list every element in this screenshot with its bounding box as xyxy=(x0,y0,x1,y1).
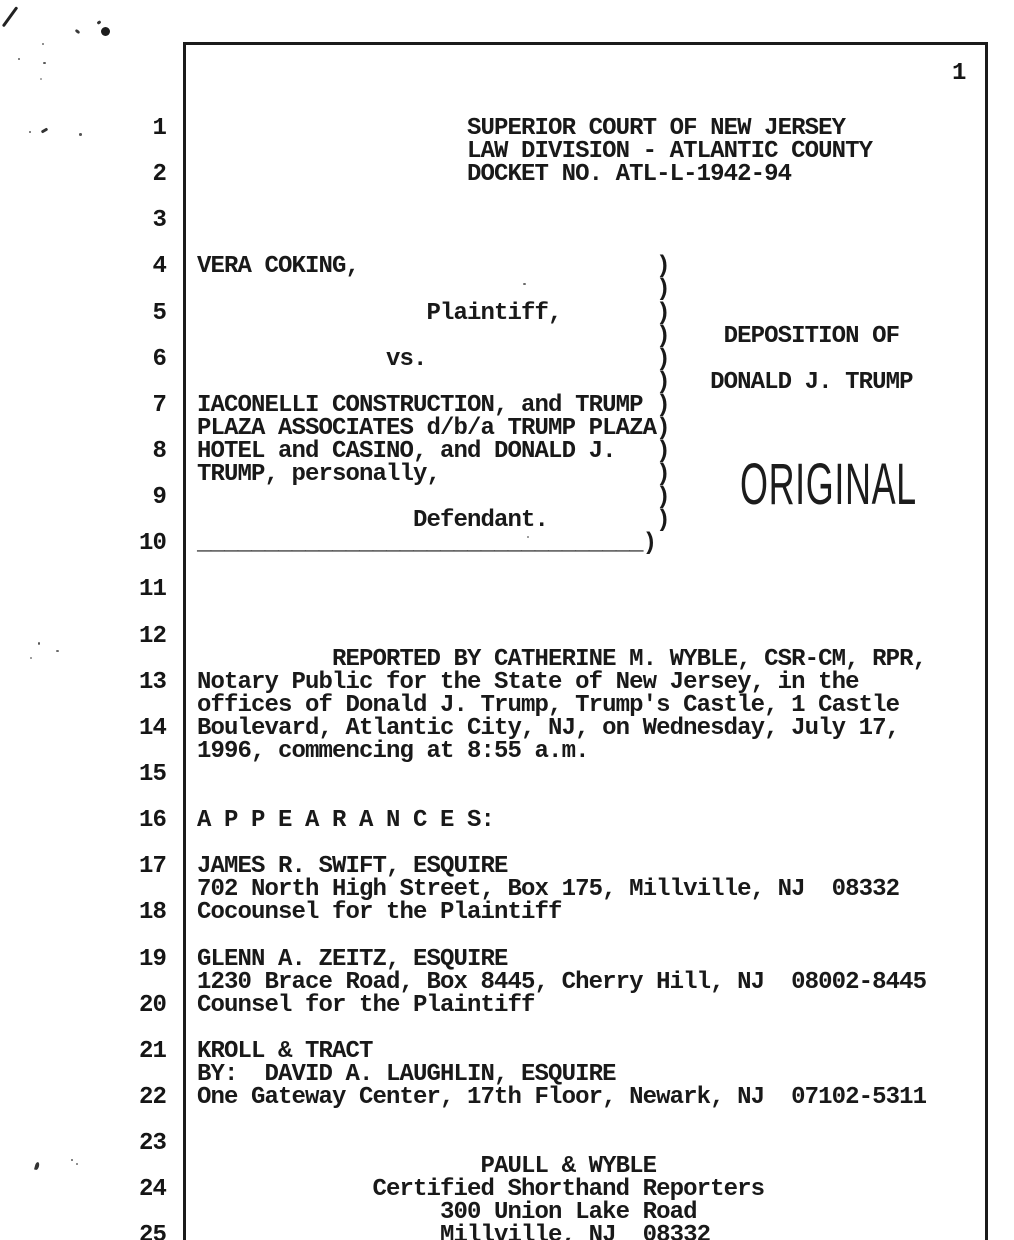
transcript-row xyxy=(0,832,1014,855)
line-text: 1996, commencing at 8:55 a.m. xyxy=(197,740,589,763)
line-number: 4 xyxy=(124,255,166,278)
line-number: 7 xyxy=(124,394,166,417)
transcript-row: 7IACONELLI CONSTRUCTION, and TRUMP ) xyxy=(0,394,1014,417)
transcript-row xyxy=(0,186,1014,209)
transcript-row: 14Boulevard, Atlantic City, NJ, on Wedne… xyxy=(0,717,1014,740)
line-number: 10 xyxy=(124,532,166,555)
transcript-row: 15 xyxy=(0,763,1014,786)
line-number: 25 xyxy=(124,1224,166,1240)
transcript-row: 20Counsel for the Plaintiff xyxy=(0,994,1014,1017)
transcript-row: 702 North High Street, Box 175, Millvill… xyxy=(0,878,1014,901)
line-text: GLENN A. ZEITZ, ESQUIRE xyxy=(197,948,508,971)
transcript-row: 5 Plaintiff, ) xyxy=(0,302,1014,325)
line-text: Cocounsel for the Plaintiff xyxy=(197,901,562,924)
transcript-row: offices of Donald J. Trump, Trump's Cast… xyxy=(0,694,1014,717)
line-text: ) xyxy=(197,486,670,509)
line-number: 14 xyxy=(124,717,166,740)
line-text: LAW DIVISION - ATLANTIC COUNTY xyxy=(197,140,872,163)
line-number: 17 xyxy=(124,855,166,878)
transcript-row: 1 SUPERIOR COURT OF NEW JERSEY xyxy=(0,117,1014,140)
transcript-row: PLAZA ASSOCIATES d/b/a TRUMP PLAZA) xyxy=(0,417,1014,440)
line-text: 702 North High Street, Box 175, Millvill… xyxy=(197,878,899,901)
transcript-row xyxy=(0,232,1014,255)
line-text: PLAZA ASSOCIATES d/b/a TRUMP PLAZA) xyxy=(197,417,670,440)
line-text: Notary Public for the State of New Jerse… xyxy=(197,671,859,694)
transcript-row: ) DEPOSITION OF xyxy=(0,325,1014,348)
transcript-row xyxy=(0,786,1014,809)
line-text: BY: DAVID A. LAUGHLIN, ESQUIRE xyxy=(197,1063,616,1086)
transcript-row: REPORTED BY CATHERINE M. WYBLE, CSR-CM, … xyxy=(0,648,1014,671)
transcript-row: 17JAMES R. SWIFT, ESQUIRE xyxy=(0,855,1014,878)
line-number: 23 xyxy=(124,1132,166,1155)
line-text: 1230 Brace Road, Box 8445, Cherry Hill, … xyxy=(197,971,926,994)
line-number: 12 xyxy=(124,625,166,648)
line-text: 300 Union Lake Road xyxy=(197,1201,697,1224)
line-number: 22 xyxy=(124,1086,166,1109)
transcript-row: 4VERA COKING, ) xyxy=(0,255,1014,278)
transcript-row xyxy=(0,1017,1014,1040)
line-number: 15 xyxy=(124,763,166,786)
transcript-row: 300 Union Lake Road xyxy=(0,1201,1014,1224)
line-number: 11 xyxy=(124,578,166,601)
line-text: ) xyxy=(197,278,670,301)
line-number: 3 xyxy=(124,209,166,232)
line-number: 13 xyxy=(124,671,166,694)
line-number: 19 xyxy=(124,948,166,971)
transcript-row xyxy=(0,555,1014,578)
line-number: 5 xyxy=(124,302,166,325)
transcript-row xyxy=(0,924,1014,947)
transcript-body: 1 SUPERIOR COURT OF NEW JERSEY LAW DIVIS… xyxy=(0,0,1014,1240)
transcript-row: 22One Gateway Center, 17th Floor, Newark… xyxy=(0,1086,1014,1109)
line-number: 24 xyxy=(124,1178,166,1201)
line-text: One Gateway Center, 17th Floor, Newark, … xyxy=(197,1086,926,1109)
line-text: Defendant. ) xyxy=(197,509,670,532)
document-page: 1 1 SUPERIOR COURT OF NEW JERSEY LAW DIV… xyxy=(0,0,1014,1240)
transcript-row: 11 xyxy=(0,578,1014,601)
line-number: 6 xyxy=(124,348,166,371)
transcript-row: PAULL & WYBLE xyxy=(0,1155,1014,1178)
line-number: 18 xyxy=(124,901,166,924)
transcript-row: 16A P P E A R A N C E S: xyxy=(0,809,1014,832)
line-text: TRUMP, personally, ) xyxy=(197,463,670,486)
line-text: offices of Donald J. Trump, Trump's Cast… xyxy=(197,694,899,717)
line-number: 1 xyxy=(124,117,166,140)
transcript-row: 18Cocounsel for the Plaintiff xyxy=(0,901,1014,924)
line-text: Plaintiff, ) xyxy=(197,302,670,325)
transcript-row: BY: DAVID A. LAUGHLIN, ESQUIRE xyxy=(0,1063,1014,1086)
transcript-row: 25 Millville, NJ 08332 xyxy=(0,1224,1014,1240)
transcript-row: 12 xyxy=(0,625,1014,648)
line-number: 8 xyxy=(124,440,166,463)
transcript-row: 13Notary Public for the State of New Jer… xyxy=(0,671,1014,694)
line-text: IACONELLI CONSTRUCTION, and TRUMP ) xyxy=(197,394,670,417)
line-text: JAMES R. SWIFT, ESQUIRE xyxy=(197,855,508,878)
line-text: ) DEPOSITION OF xyxy=(197,325,899,348)
transcript-row: ) DONALD J. TRUMP xyxy=(0,371,1014,394)
transcript-row: 6 vs. ) xyxy=(0,348,1014,371)
transcript-row: 21KROLL & TRACT xyxy=(0,1040,1014,1063)
line-text: VERA COKING, ) xyxy=(197,255,670,278)
line-text: DOCKET NO. ATL-L-1942-94 xyxy=(197,163,791,186)
transcript-row: ) xyxy=(0,278,1014,301)
line-text: Boulevard, Atlantic City, NJ, on Wednesd… xyxy=(197,717,899,740)
line-text: REPORTED BY CATHERINE M. WYBLE, CSR-CM, … xyxy=(197,648,926,671)
line-text: HOTEL and CASINO, and DONALD J. ) xyxy=(197,440,670,463)
line-text: SUPERIOR COURT OF NEW JERSEY xyxy=(197,117,845,140)
transcript-row: 2 DOCKET NO. ATL-L-1942-94 xyxy=(0,163,1014,186)
transcript-row xyxy=(0,1109,1014,1132)
line-number: 21 xyxy=(124,1040,166,1063)
line-text: ) DONALD J. TRUMP xyxy=(197,371,913,394)
line-text: _________________________________) xyxy=(197,532,656,555)
transcript-row: 10_________________________________) xyxy=(0,532,1014,555)
original-stamp: ORIGINAL xyxy=(740,460,917,510)
line-number: 2 xyxy=(124,163,166,186)
line-text: vs. ) xyxy=(197,348,670,371)
line-text: Certified Shorthand Reporters xyxy=(197,1178,764,1201)
transcript-row: 1996, commencing at 8:55 a.m. xyxy=(0,740,1014,763)
line-text: Counsel for the Plaintiff xyxy=(197,994,535,1017)
line-text: Millville, NJ 08332 xyxy=(197,1224,710,1240)
transcript-row xyxy=(0,601,1014,624)
line-number: 16 xyxy=(124,809,166,832)
transcript-row: 24 Certified Shorthand Reporters xyxy=(0,1178,1014,1201)
transcript-row: 19GLENN A. ZEITZ, ESQUIRE xyxy=(0,948,1014,971)
transcript-row: 23 xyxy=(0,1132,1014,1155)
transcript-row: 1230 Brace Road, Box 8445, Cherry Hill, … xyxy=(0,971,1014,994)
line-number: 9 xyxy=(124,486,166,509)
transcript-row: 3 xyxy=(0,209,1014,232)
line-text: PAULL & WYBLE xyxy=(197,1155,656,1178)
line-text: KROLL & TRACT xyxy=(197,1040,373,1063)
line-number: 20 xyxy=(124,994,166,1017)
line-text: A P P E A R A N C E S: xyxy=(197,809,494,832)
transcript-row: LAW DIVISION - ATLANTIC COUNTY xyxy=(0,140,1014,163)
